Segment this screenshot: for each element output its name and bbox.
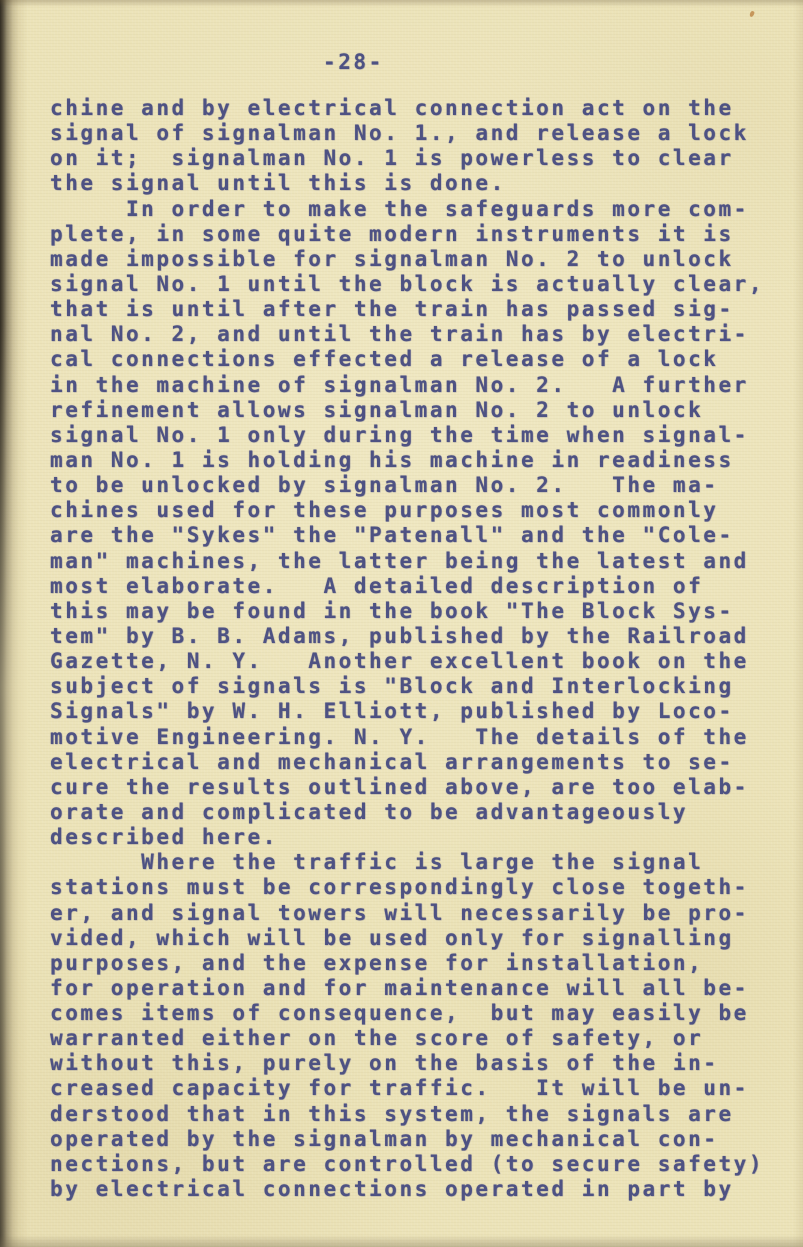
text-line: refinement allows signalman No. 2 to unl…	[50, 398, 764, 423]
text-line: to be unlocked by signalman No. 2. The m…	[50, 473, 764, 498]
text-line: man No. 1 is holding his machine in read…	[50, 448, 764, 473]
text-line: chines used for these purposes most comm…	[50, 498, 764, 523]
text-line: signal No. 1 until the block is actually…	[50, 272, 764, 297]
text-line: that is until after the train has passed…	[50, 297, 764, 322]
text-line: creased capacity for traffic. It will be…	[50, 1076, 764, 1101]
text-line: Signals" by W. H. Elliott, published by …	[50, 699, 764, 724]
body-text: chine and by electrical connection act o…	[50, 96, 764, 1202]
text-line: for operation and for maintenance will a…	[50, 976, 764, 1001]
page-top-edge-shadow	[0, 0, 803, 7]
page-number: -28-	[323, 50, 384, 74]
text-line: signal of signalman No. 1., and release …	[50, 121, 764, 146]
binding-edge-shadow	[0, 0, 28, 1247]
text-line: vided, which will be used only for signa…	[50, 926, 764, 951]
text-line: motive Engineering. N. Y. The details of…	[50, 725, 764, 750]
text-line: this may be found in the book "The Block…	[50, 599, 764, 624]
text-line: made impossible for signalman No. 2 to u…	[50, 247, 764, 272]
page-right-edge-shadow	[793, 0, 803, 1247]
text-line: most elaborate. A detailed description o…	[50, 574, 764, 599]
text-line: Where the traffic is large the signal	[50, 850, 764, 875]
text-line: tem" by B. B. Adams, published by the Ra…	[50, 624, 764, 649]
binding-edge-fade	[0, 0, 28, 1247]
text-line: purposes, and the expense for installati…	[50, 951, 764, 976]
text-line: electrical and mechanical arrangements t…	[50, 750, 764, 775]
text-line: Gazette, N. Y. Another excellent book on…	[50, 649, 764, 674]
text-line: cure the results outlined above, are too…	[50, 775, 764, 800]
text-line: the signal until this is done.	[50, 171, 764, 196]
text-line: er, and signal towers will necessarily b…	[50, 901, 764, 926]
text-line: are the "Sykes" the "Patenall" and the "…	[50, 523, 764, 548]
scanned-document-page: -28- chine and by electrical connection …	[0, 0, 803, 1247]
text-line: described here.	[50, 825, 764, 850]
text-line: man" machines, the latter being the late…	[50, 549, 764, 574]
text-line: plete, in some quite modern instruments …	[50, 222, 764, 247]
text-line: chine and by electrical connection act o…	[50, 96, 764, 121]
text-line: without this, purely on the basis of the…	[50, 1051, 764, 1076]
text-line: warranted either on the score of safety,…	[50, 1026, 764, 1051]
text-line: by electrical connections operated in pa…	[50, 1177, 764, 1202]
text-line: cal connections effected a release of a …	[50, 347, 764, 372]
text-line: on it; signalman No. 1 is powerless to c…	[50, 146, 764, 171]
text-line: In order to make the safeguards more com…	[50, 197, 764, 222]
page-bottom-edge-shadow	[0, 1235, 803, 1247]
text-line: signal No. 1 only during the time when s…	[50, 423, 764, 448]
text-line: operated by the signalman by mechanical …	[50, 1127, 764, 1152]
text-line: derstood that in this system, the signal…	[50, 1102, 764, 1127]
text-line: nections, but are controlled (to secure …	[50, 1152, 764, 1177]
text-line: comes items of consequence, but may easi…	[50, 1001, 764, 1026]
text-line: orate and complicated to be advantageous…	[50, 800, 764, 825]
text-line: in the machine of signalman No. 2. A fur…	[50, 373, 764, 398]
text-line: nal No. 2, and until the train has by el…	[50, 322, 764, 347]
paper-speck	[749, 10, 755, 17]
text-line: subject of signals is "Block and Interlo…	[50, 674, 764, 699]
text-line: stations must be correspondingly close t…	[50, 875, 764, 900]
